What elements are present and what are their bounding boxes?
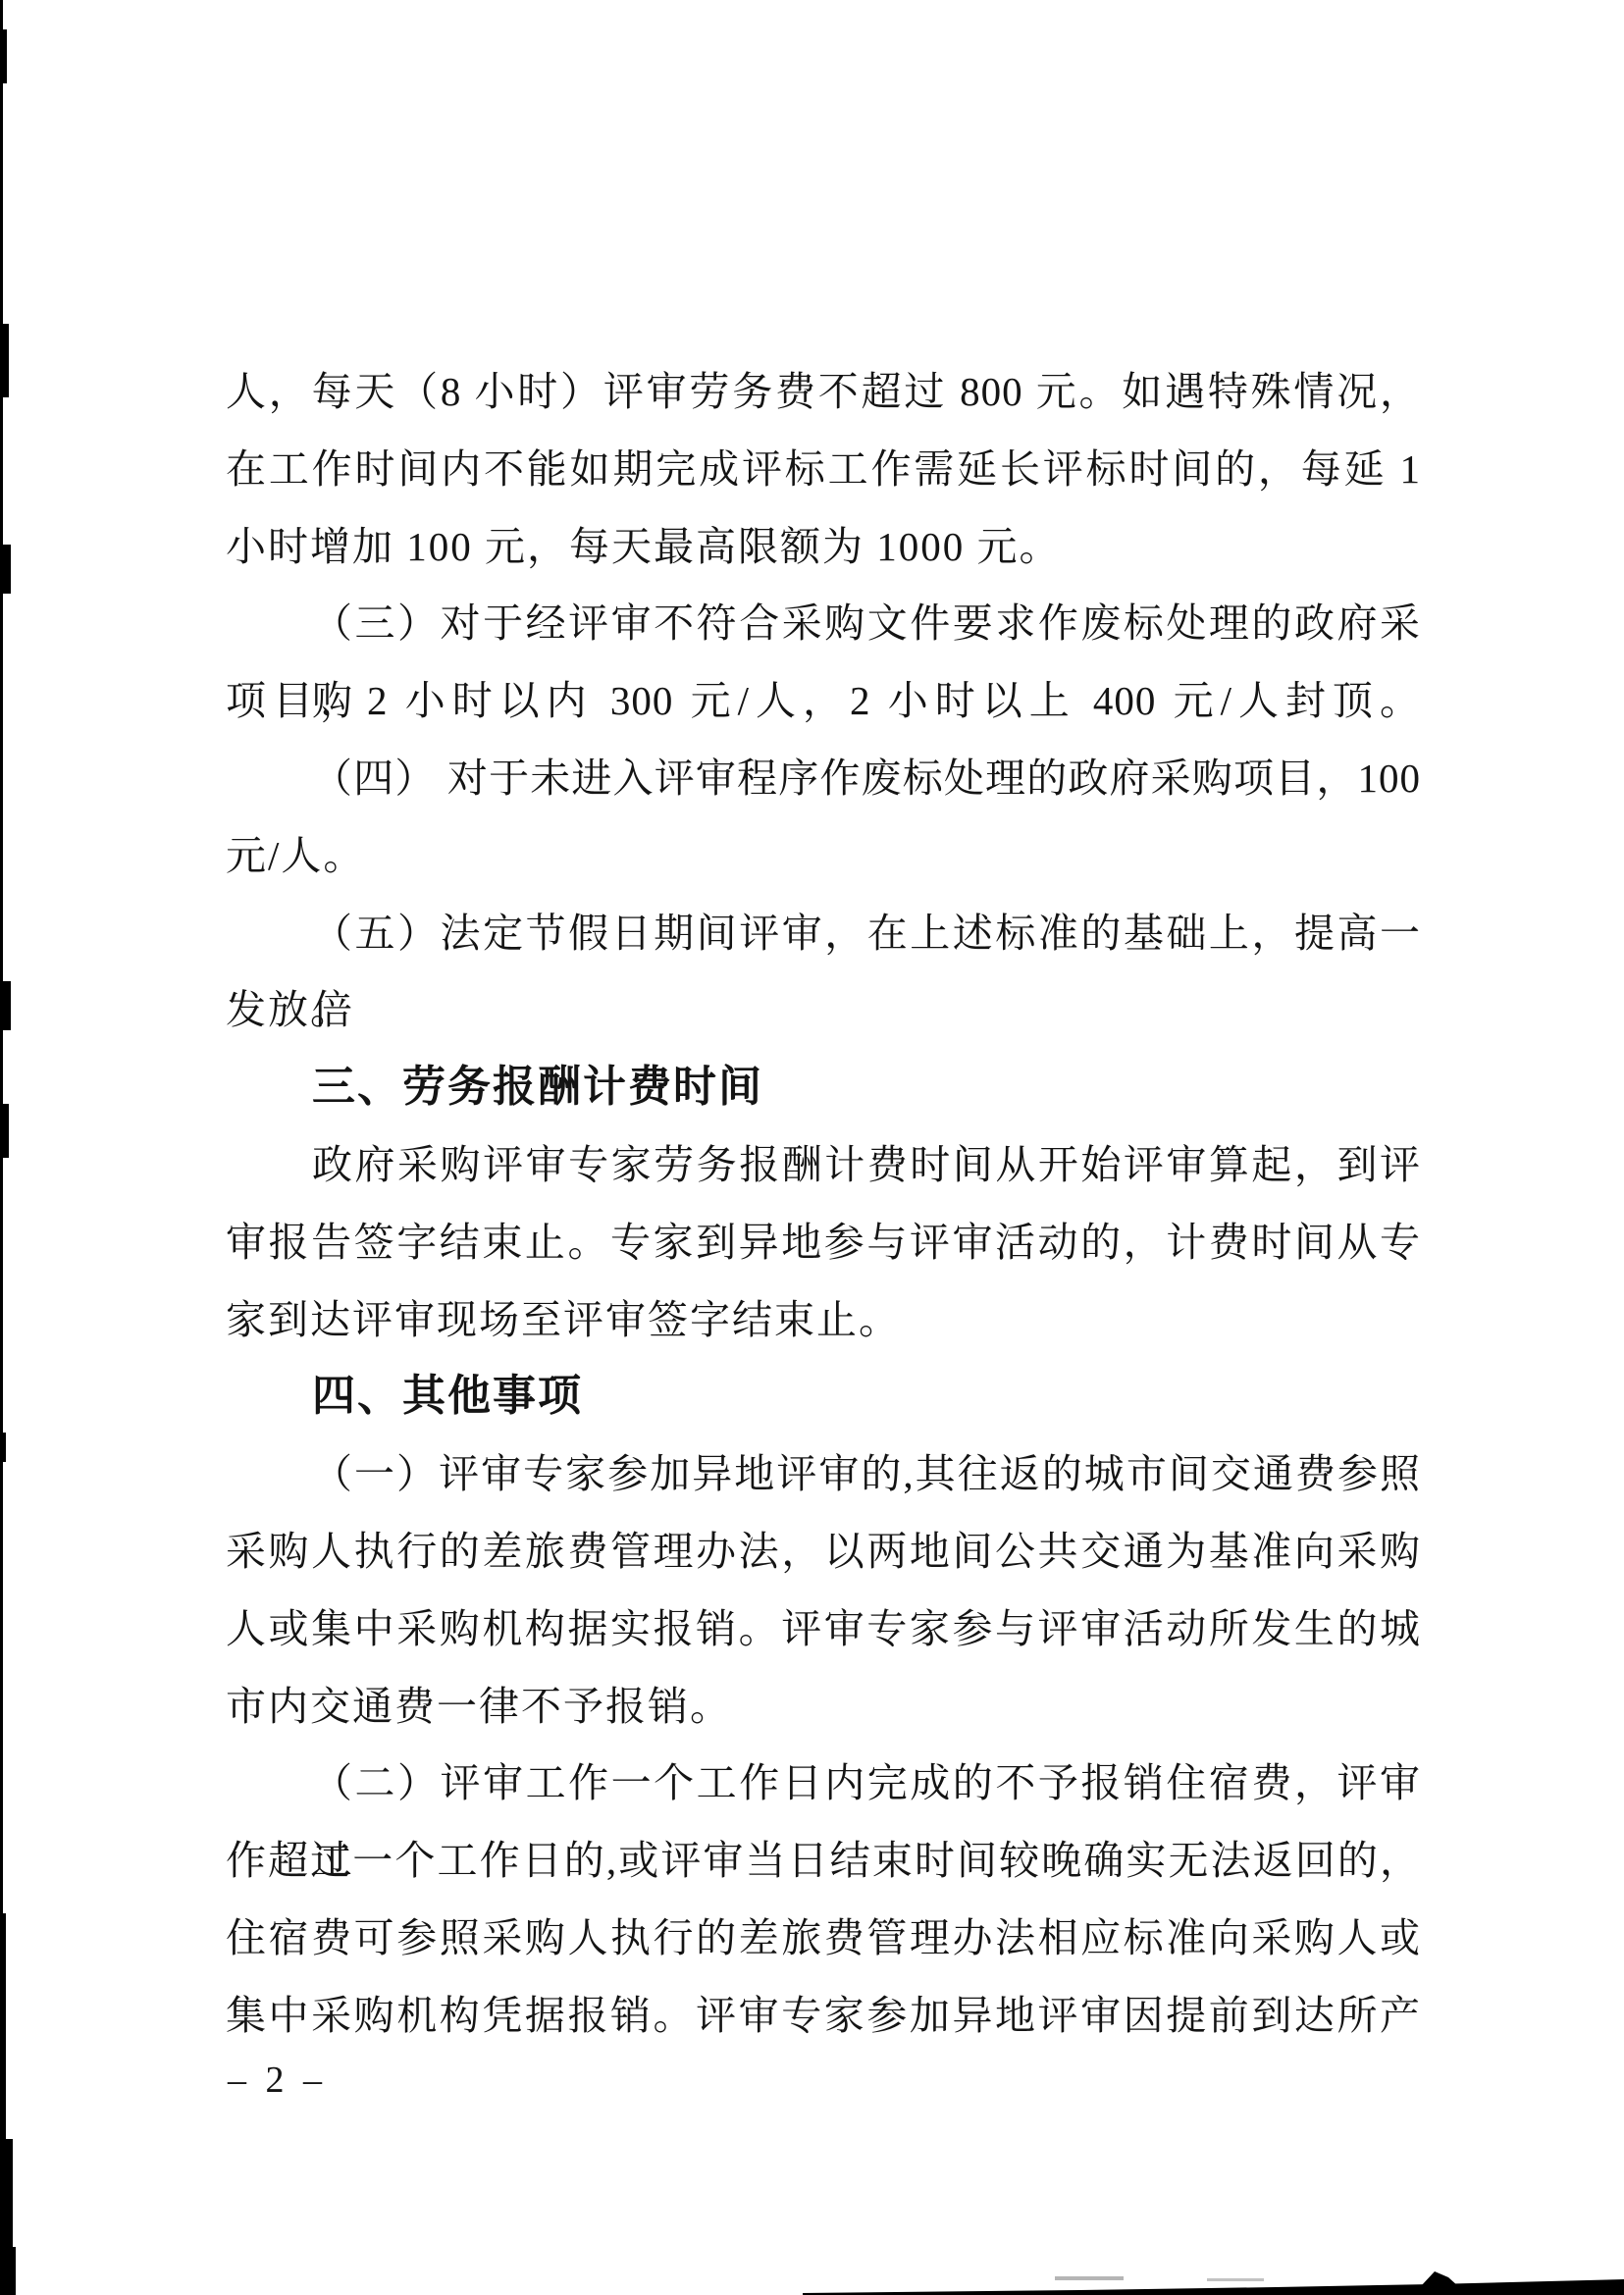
text-line: 元/人。 xyxy=(226,817,1421,895)
scan-artifact-bottom-left-block xyxy=(0,2247,16,2295)
text-line: （一）评审专家参加异地评审的,其往返的城市间交通费参照 xyxy=(226,1435,1421,1513)
scan-artifact-left-border xyxy=(0,0,3,2295)
section-heading: 三、劳务报酬计费时间 xyxy=(226,1049,1421,1126)
text-line: 市内交通费一律不予报销。 xyxy=(226,1668,1421,1746)
scan-artifact xyxy=(0,1104,9,1158)
scan-artifact xyxy=(0,981,11,1030)
text-line: 人或集中采购机构据实报销。评审专家参与评审活动所发生的城 xyxy=(226,1591,1421,1668)
scan-artifact xyxy=(0,545,11,594)
page-number: – 2 – xyxy=(228,2059,327,2102)
text-line: 住宿费可参照采购人执行的差旅费管理办法相应标准向采购人或 xyxy=(226,1900,1421,1977)
text-line: 家到达评审现场至评审签字结束止。 xyxy=(226,1281,1421,1359)
scan-artifact-faint-dash xyxy=(1055,2276,1124,2280)
text-line: 审报告签字结束止。专家到异地参与评审活动的，计费时间从专 xyxy=(226,1204,1421,1281)
text-line: 人，每天（8 小时）评审劳务费不超过 800 元。如遇特殊情况， xyxy=(226,353,1421,431)
text-lines: 人，每天（8 小时）评审劳务费不超过 800 元。如遇特殊情况，在工作时间内不能… xyxy=(226,353,1421,2055)
text-line: 发放。 xyxy=(226,971,1421,1049)
text-line: 政府采购评审专家劳务报酬计费时间从开始评审算起，到评 xyxy=(226,1126,1421,1204)
text-line: 小时增加 100 元，每天最高限额为 1000 元。 xyxy=(226,508,1421,586)
text-line: 作超过一个工作日的,或评审当日结束时间较晚确实无法返回的， xyxy=(226,1822,1421,1900)
text-line: （二）评审工作一个工作日内完成的不予报销住宿费，评审工 xyxy=(226,1745,1421,1822)
scan-artifact-bump xyxy=(1421,2271,1458,2286)
text-line: 项目，2 小时以内 300 元/人，2 小时以上 400 元/人封顶。 xyxy=(226,662,1421,740)
scan-artifact-bottom-border xyxy=(803,2279,1624,2295)
scan-artifact xyxy=(0,2139,13,2295)
scan-artifact xyxy=(0,1913,6,2295)
text-line: （五）法定节假日期间评审，在上述标准的基础上，提高一倍 xyxy=(226,895,1421,972)
text-line: （三）对于经评审不符合采购文件要求作废标处理的政府采购 xyxy=(226,585,1421,662)
text-line: 采购人执行的差旅费管理办法，以两地间公共交通为基准向采购 xyxy=(226,1513,1421,1591)
text-line: 集中采购机构凭据报销。评审专家参加异地评审因提前到达所产 xyxy=(226,1977,1421,2055)
scan-artifact xyxy=(0,29,7,83)
document-page: 人，每天（8 小时）评审劳务费不超过 800 元。如遇特殊情况，在工作时间内不能… xyxy=(0,0,1624,2295)
text-line: （四） 对于未进入评审程序作废标处理的政府采购项目，100 xyxy=(226,740,1421,817)
text-line: 在工作时间内不能如期完成评标工作需延长评标时间的，每延 1 xyxy=(226,431,1421,508)
scan-artifact xyxy=(0,324,9,397)
section-heading: 四、其他事项 xyxy=(226,1358,1421,1435)
scan-artifact xyxy=(0,1433,6,1462)
scan-artifact-faint-dash xyxy=(1207,2278,1264,2281)
